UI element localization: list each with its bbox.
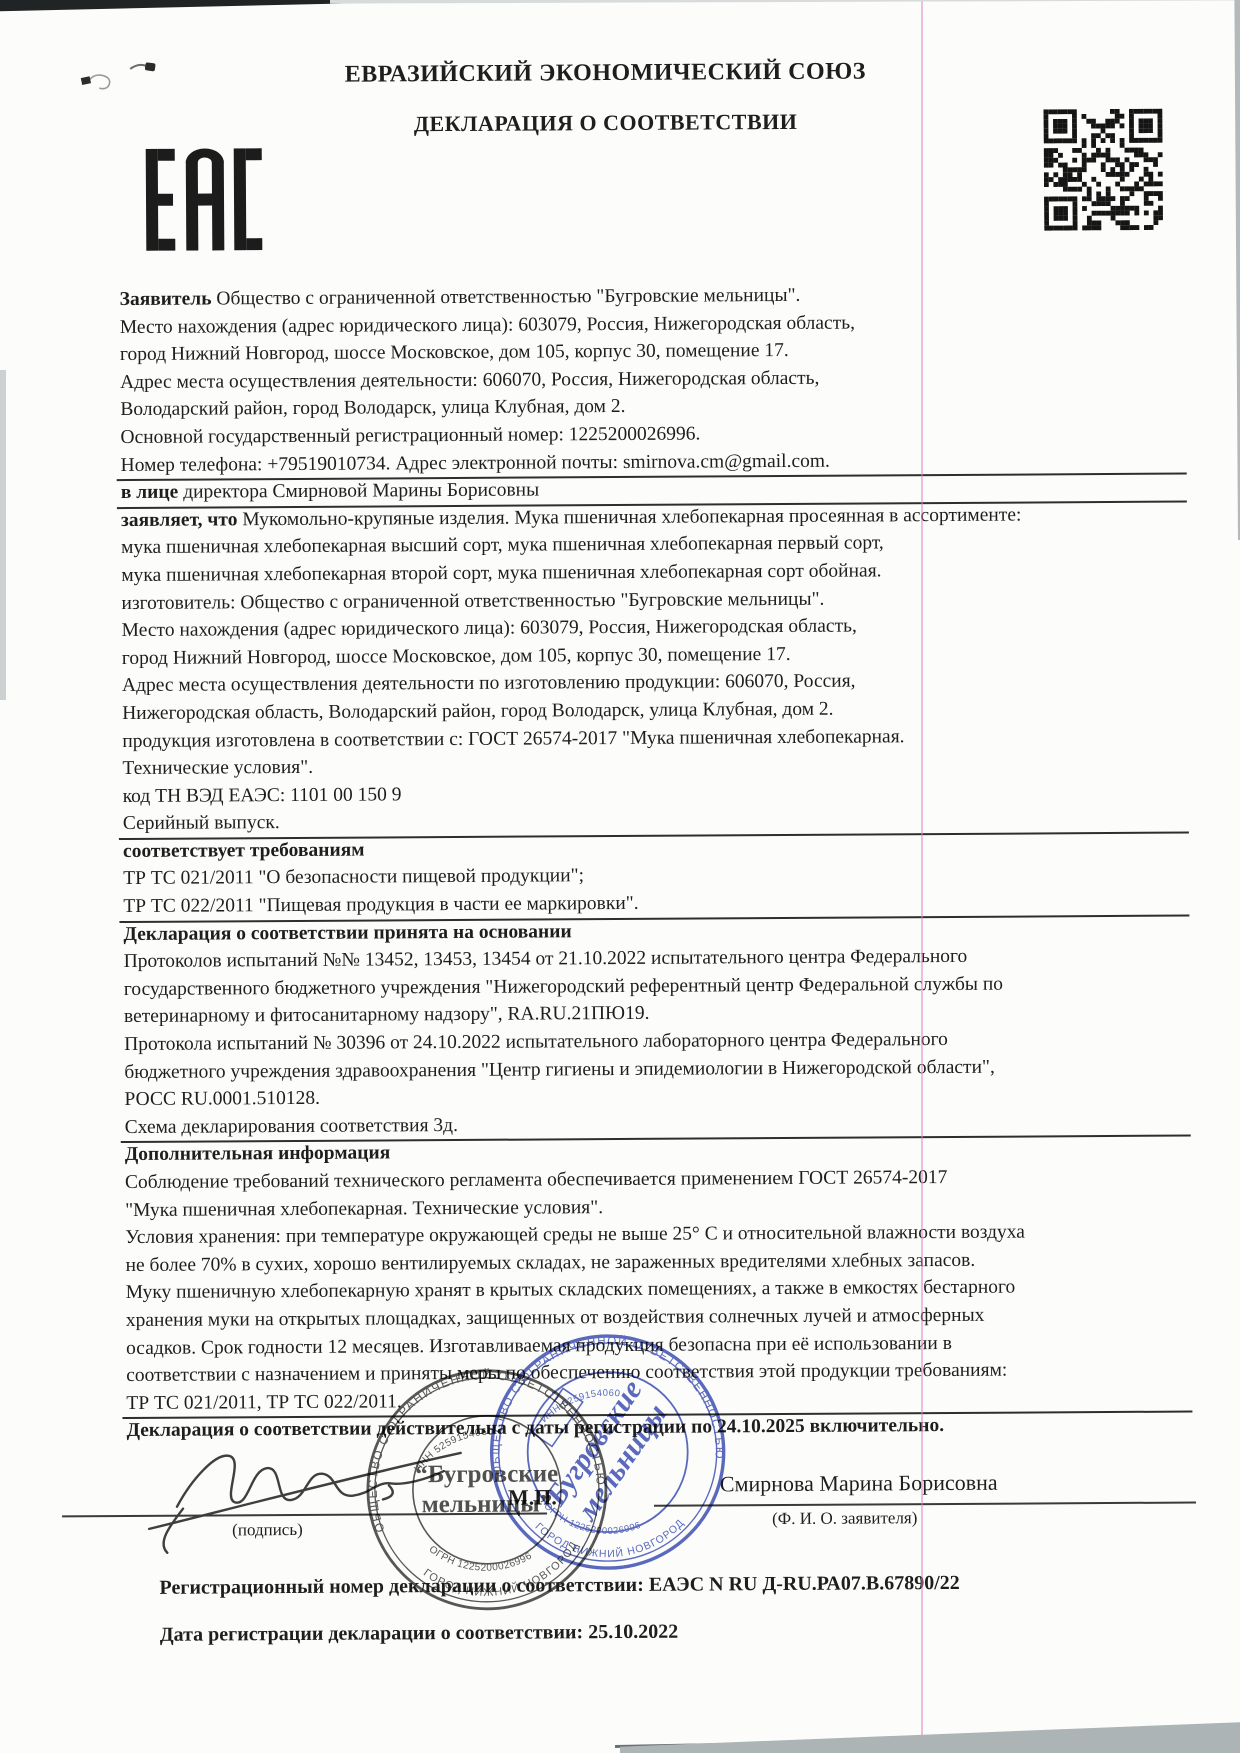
- registration-number: Регистрационный номер декларации о соотв…: [159, 1572, 959, 1600]
- qr-code: [1043, 109, 1163, 232]
- document-lines: Заявитель Общество с ограниченной ответс…: [120, 280, 1087, 1445]
- scanned-declaration-page: ЕВРАЗИЙСКИЙ ЭКОНОМИЧЕСКИЙ СОЮЗ ДЕКЛАРАЦИ…: [0, 0, 1240, 1753]
- line-bold-prefix: в лице: [121, 482, 179, 503]
- page-title-union: ЕВРАЗИЙСКИЙ ЭКОНОМИЧЕСКИЙ СОЮЗ: [0, 56, 1215, 90]
- line-bold-prefix: Заявитель: [120, 288, 212, 310]
- stamp-black-center-2: мельницы”: [422, 1490, 553, 1518]
- scan-edge-left: [0, 370, 6, 700]
- registration-date: Дата регистрации декларации о соответств…: [160, 1621, 679, 1647]
- applicant-name: Смирнова Марина Борисовна: [720, 1470, 998, 1498]
- eac-logo: [142, 148, 265, 251]
- fio-caption: (Ф. И. О. заявителя): [772, 1508, 917, 1529]
- scan-content: ЕВРАЗИЙСКИЙ ЭКОНОМИЧЕСКИЙ СОЮЗ ДЕКЛАРАЦИ…: [0, 0, 1240, 1753]
- signature-caption: (подпись): [232, 1520, 303, 1540]
- page-title-declaration: ДЕКЛАРАЦИЯ О СООТВЕТСТВИИ: [0, 106, 1216, 139]
- pink-scan-line: [921, 0, 923, 1753]
- stamp-black-center-1: “Бугровские: [415, 1460, 558, 1488]
- line-bold-prefix: заявляет, что: [121, 509, 238, 531]
- fio-line: [654, 1501, 1196, 1506]
